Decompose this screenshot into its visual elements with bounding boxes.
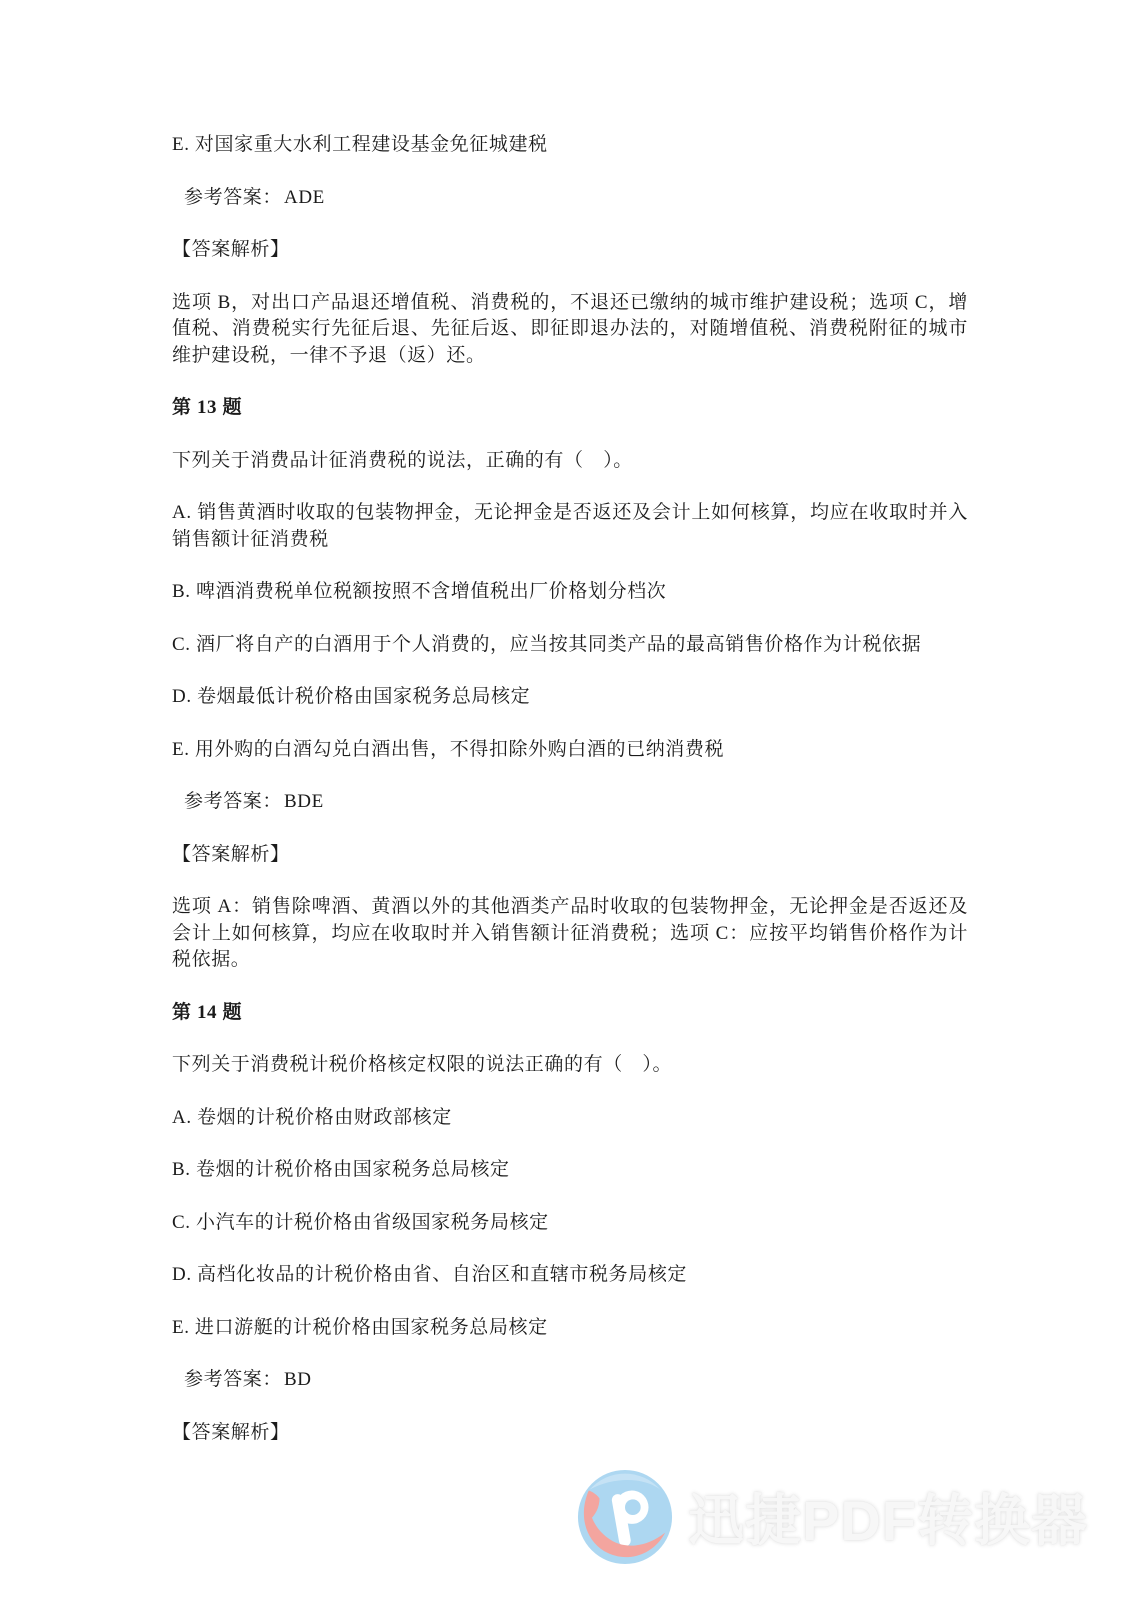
q12-answer-label: 参考答案： [184,187,282,208]
q12-analysis-heading: 【答案解析】 [172,237,968,264]
q14-answer-label: 参考答案： [184,1369,282,1390]
q13-stem: 下列关于消费品计征消费税的说法，正确的有（ ）。 [172,448,968,475]
q12-option-e: E. 对国家重大水利工程建设基金免征城建税 [172,132,968,159]
q14-title: 第 14 题 [172,1000,968,1027]
watermark-text: 迅捷PDF转换器 [688,1477,1088,1557]
q12-analysis-text: 选项 B，对出口产品退还增值税、消费税的，不退还已缴纳的城市维护建设税；选项 C… [172,290,968,370]
q13-option-a: A. 销售黄酒时收取的包装物押金，无论押金是否返还及会计上如何核算，均应在收取时… [172,500,968,553]
q13-reference-answer: 参考答案：BDE [172,789,968,816]
q13-answer-label: 参考答案： [184,791,282,812]
q12-answer-value: ADE [282,187,325,208]
q14-option-a: A. 卷烟的计税价格由财政部核定 [172,1105,968,1132]
q14-answer-value: BD [282,1369,312,1390]
q13-answer-value: BDE [282,791,324,812]
watermark: 迅捷PDF转换器 [576,1468,1088,1566]
q13-option-d: D. 卷烟最低计税价格由国家税务总局核定 [172,684,968,711]
q14-analysis-heading: 【答案解析】 [172,1420,968,1447]
q13-analysis-text: 选项 A：销售除啤酒、黄酒以外的其他酒类产品时收取的包装物押金，无论押金是否返还… [172,894,968,974]
q13-option-c: C. 酒厂将自产的白酒用于个人消费的，应当按其同类产品的最高销售价格作为计税依据 [172,632,968,659]
q14-reference-answer: 参考答案：BD [172,1367,968,1394]
pdf-converter-logo-icon [576,1468,674,1566]
q12-reference-answer: 参考答案：ADE [172,185,968,212]
q14-option-c: C. 小汽车的计税价格由省级国家税务局核定 [172,1210,968,1237]
q14-stem: 下列关于消费税计税价格核定权限的说法正确的有（ ）。 [172,1052,968,1079]
q13-title: 第 13 题 [172,395,968,422]
q14-option-e: E. 进口游艇的计税价格由国家税务总局核定 [172,1315,968,1342]
q13-analysis-heading: 【答案解析】 [172,842,968,869]
q13-option-b: B. 啤酒消费税单位税额按照不含增值税出厂价格划分档次 [172,579,968,606]
document-page-content: E. 对国家重大水利工程建设基金免征城建税 参考答案：ADE 【答案解析】 选项… [172,132,968,1472]
q13-option-e: E. 用外购的白酒勾兑白酒出售，不得扣除外购白酒的已纳消费税 [172,737,968,764]
q14-option-b: B. 卷烟的计税价格由国家税务总局核定 [172,1157,968,1184]
q14-option-d: D. 高档化妆品的计税价格由省、自治区和直辖市税务局核定 [172,1262,968,1289]
